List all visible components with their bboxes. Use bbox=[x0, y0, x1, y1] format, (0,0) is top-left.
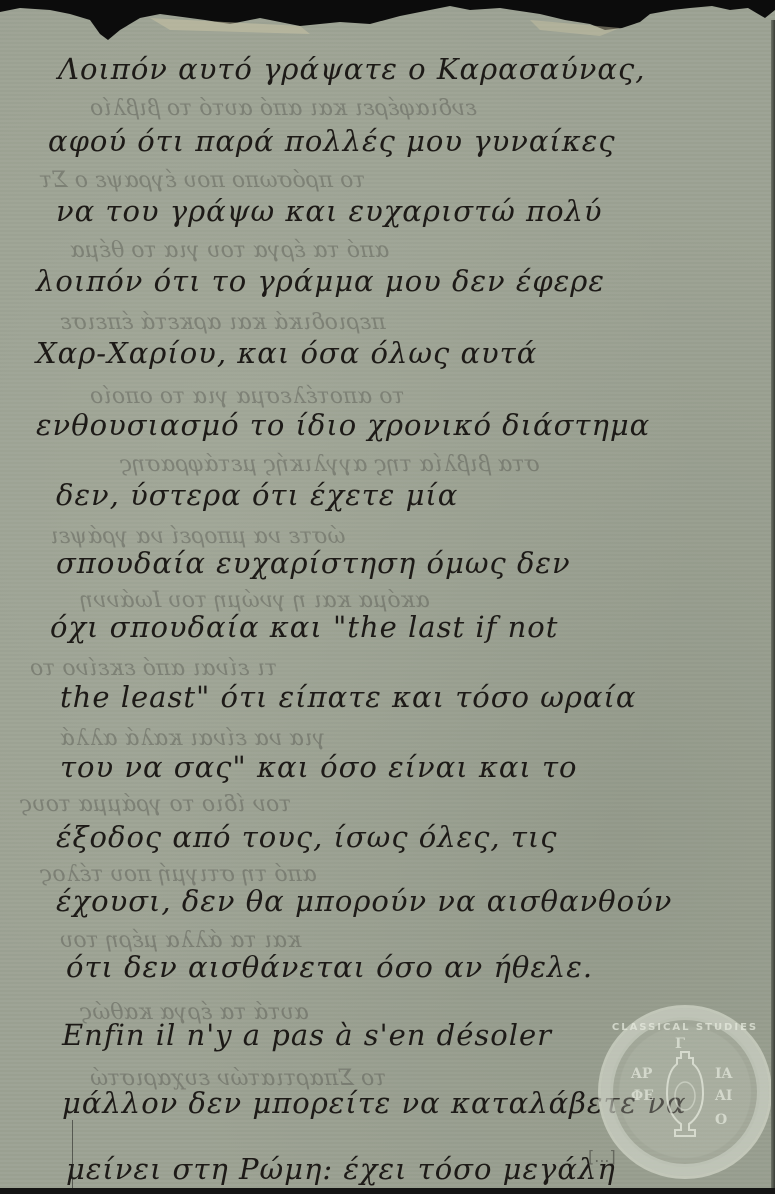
library-seal-stamp: CLASSICAL STUDIES ΑΡ ΦΕ ΙΑ ΑΙ Ο Γ bbox=[598, 1005, 772, 1179]
handwritten-line: αφού ότι παρά πολλές μου γυναίκες bbox=[48, 124, 616, 158]
seal-letter: ΑΙ bbox=[715, 1088, 732, 1104]
scan-bottom-edge bbox=[0, 1188, 775, 1194]
handwritten-line: the least" ότι είπατε και τόσο ωραία bbox=[60, 680, 636, 714]
bleed-through-line: περιοδικά και αρκετά έπεισε bbox=[60, 310, 386, 335]
handwritten-line: Enfin il n'y a pas à s'en désoler bbox=[62, 1018, 552, 1052]
seal-letter: ΙΑ bbox=[715, 1066, 732, 1082]
bleed-through-line: τον ίδιο το γράμμα τους bbox=[20, 792, 291, 817]
torn-top-edge bbox=[0, 0, 775, 60]
urn-icon bbox=[663, 1048, 707, 1140]
bleed-through-line: από τα έργα του για το θέμα bbox=[70, 238, 389, 263]
letter-page: ενδιαφέρει και από αυτό το βιβλίο το πρό… bbox=[0, 0, 775, 1194]
handwritten-line: Λοιπόν αυτό γράψατε ο Καρασαύνας, bbox=[58, 52, 645, 86]
handwritten-line: να του γράψω και ευχαριστώ πολύ bbox=[56, 194, 603, 228]
bleed-through-line: στα βιβλία της αγγλικής μετάφρασης bbox=[120, 452, 540, 477]
handwritten-line: έχουσι, δεν θα μπορούν να αισθανθούν bbox=[56, 884, 672, 918]
bleed-through-line: το πρόσωπο που έγραψε ο Στ bbox=[40, 168, 366, 193]
paper-fold-crease bbox=[72, 1120, 73, 1190]
bleed-through-line: ενδιαφέρει και από αυτό το βιβλίο bbox=[90, 96, 477, 121]
seal-legend: CLASSICAL STUDIES bbox=[601, 1022, 769, 1033]
handwritten-line: σπουδαία ευχαρίστηση όμως δεν bbox=[56, 546, 571, 580]
paper-right-edge bbox=[771, 20, 775, 1194]
handwritten-line: του να σας" και όσο είναι και το bbox=[60, 750, 578, 784]
handwritten-line: ότι δεν αισθάνεται όσο αν ήθελε. bbox=[66, 950, 593, 984]
handwritten-line: μείνει στη Ρώμη: έχει τόσο μεγάλη bbox=[66, 1152, 616, 1186]
handwritten-line: ενθουσιασμό το ίδιο χρονικό διάστημα bbox=[36, 408, 650, 442]
seal-letter: ΦΕ bbox=[631, 1088, 654, 1104]
handwritten-line: Χαρ-Χαρίου, και όσα όλως αυτά bbox=[36, 336, 537, 370]
seal-letter: Ο bbox=[715, 1112, 727, 1128]
seal-letter: ΑΡ bbox=[631, 1066, 652, 1082]
bleed-through-line: για να είναι καλά αλλά bbox=[60, 726, 326, 751]
handwritten-line: λοιπόν ότι το γράμμα μου δεν έφερε bbox=[36, 264, 605, 298]
handwritten-line: μάλλον δεν μπορείτε να καταλάβετε να bbox=[62, 1086, 687, 1120]
bleed-through-line: τι είναι από εκείνο το bbox=[30, 656, 277, 681]
handwritten-line: δεν, ύστερα ότι έχετε μία bbox=[56, 478, 458, 512]
handwritten-line: όχι σπουδαία και "the last if not bbox=[50, 610, 558, 644]
seal-letter: Γ bbox=[675, 1036, 685, 1052]
pencil-annotation: [...] bbox=[588, 1147, 616, 1166]
handwritten-line: έξοδος από τους, ίσως όλες, τις bbox=[56, 820, 558, 854]
bleed-through-line: το αποτέλεσμα για το οποίο bbox=[90, 384, 405, 409]
